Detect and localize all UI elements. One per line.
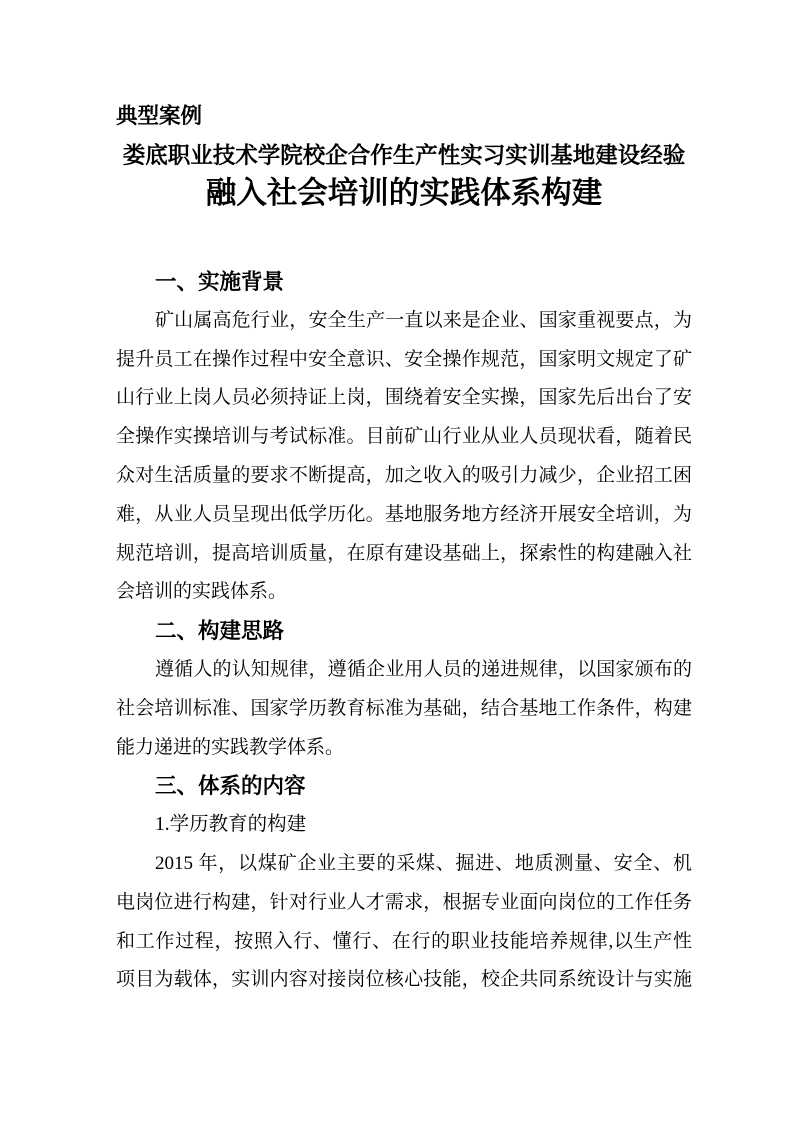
text-line: 矿山属高危行业，安全生产一直以来是企业、国家重视要点，为 — [116, 302, 692, 341]
text-line: 难，从业人员呈现出低学历化。基地服务地方经济开展安全培训，为 — [116, 496, 692, 535]
text-line: 众对生活质量的要求不断提高，加之收入的吸引力减少，企业招工困 — [116, 457, 692, 496]
text-line: 规范培训，提高培训质量，在原有建设基础上，探索性的构建融入社 — [116, 535, 692, 574]
section-1-heading: 一、实施背景 — [116, 263, 692, 302]
text-line: 山行业上岗人员必须持证上岗，围绕着安全实操，国家先后出台了安 — [116, 379, 692, 418]
section-system-content: 三、体系的内容 1.学历教育的构建 2015 年，以煤矿企业主要的采煤、掘进、地… — [116, 767, 692, 1000]
doc-title: 融入社会培训的实践体系构建 — [116, 174, 692, 212]
subsection-heading: 1.学历教育的构建 — [116, 806, 692, 845]
section-construction-approach: 二、构建思路 遵循人的认知规律，遵循企业用人员的递进规律，以国家颁布的 社会培训… — [116, 612, 692, 767]
doc-subtitle: 娄底职业技术学院校企合作生产性实习实训基地建设经验 — [116, 140, 692, 172]
text-line: 提升员工在操作过程中安全意识、安全操作规范，国家明文规定了矿 — [116, 341, 692, 380]
text-line: 项目为载体，实训内容对接岗位核心技能，校企共同系统设计与实施 — [116, 961, 692, 1000]
text-line: 能力递进的实践教学体系。 — [116, 729, 692, 768]
text-line: 会培训的实践体系。 — [116, 573, 692, 612]
text-line: 遵循人的认知规律，遵循企业用人员的递进规律，以国家颁布的 — [116, 651, 692, 690]
document-content: 典型案例 娄底职业技术学院校企合作生产性实习实训基地建设经验 融入社会培训的实践… — [116, 0, 692, 1000]
text-line: 电岗位进行构建，针对行业人才需求，根据专业面向岗位的工作任务 — [116, 884, 692, 923]
text-line: 和工作过程，按照入行、懂行、在行的职业技能培养规律,以生产性 — [116, 923, 692, 962]
section-3-heading: 三、体系的内容 — [116, 767, 692, 806]
text-line: 2015 年，以煤矿企业主要的采煤、掘进、地质测量、安全、机 — [116, 845, 692, 884]
section-implementation-background: 一、实施背景 矿山属高危行业，安全生产一直以来是企业、国家重视要点，为 提升员工… — [116, 263, 692, 612]
text-line: 社会培训标准、国家学历教育标准为基础，结合基地工作条件，构建 — [116, 690, 692, 729]
section-3-paragraph: 2015 年，以煤矿企业主要的采煤、掘进、地质测量、安全、机 电岗位进行构建，针… — [116, 845, 692, 1000]
doc-category-label: 典型案例 — [116, 101, 692, 131]
text-line: 全操作实操培训与考试标准。目前矿山行业从业人员现状看，随着民 — [116, 418, 692, 457]
document-body: 一、实施背景 矿山属高危行业，安全生产一直以来是企业、国家重视要点，为 提升员工… — [116, 263, 692, 1000]
section-1-paragraph: 矿山属高危行业，安全生产一直以来是企业、国家重视要点，为 提升员工在操作过程中安… — [116, 302, 692, 612]
document-page: 典型案例 娄底职业技术学院校企合作生产性实习实训基地建设经验 融入社会培训的实践… — [0, 0, 793, 1122]
section-2-paragraph: 遵循人的认知规律，遵循企业用人员的递进规律，以国家颁布的 社会培训标准、国家学历… — [116, 651, 692, 767]
section-2-heading: 二、构建思路 — [116, 612, 692, 651]
